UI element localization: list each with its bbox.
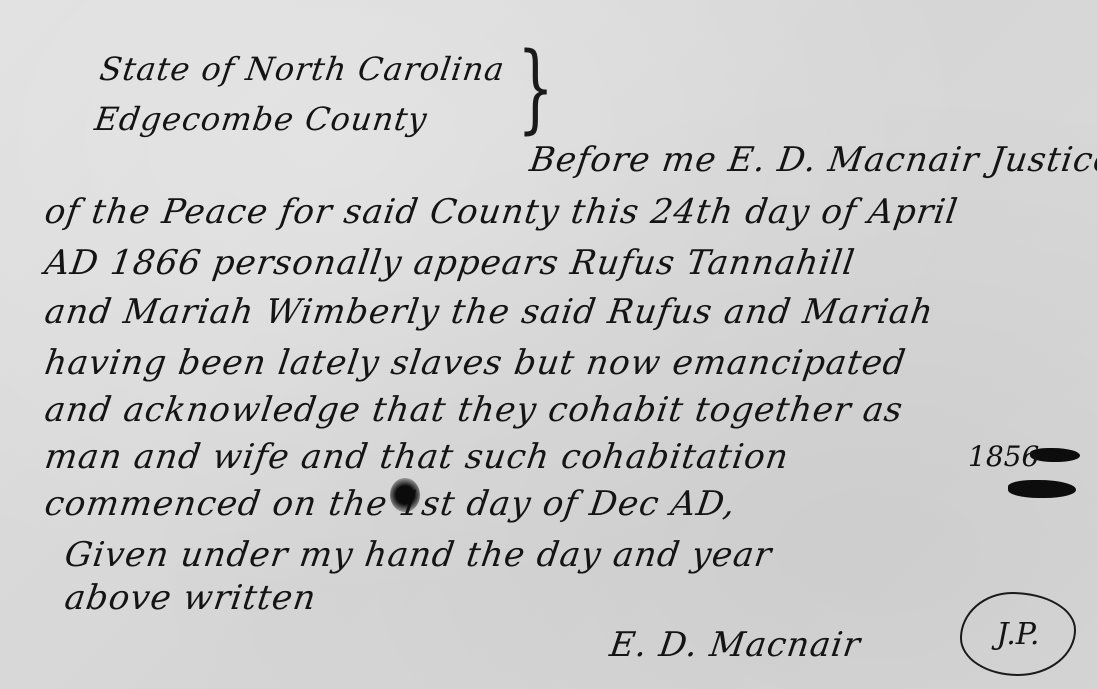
date-correction: 1856	[968, 440, 1039, 473]
document-page: State of North Carolina Edgecombe County…	[0, 0, 1097, 689]
body-line-9: Given under my hand the day and year	[62, 535, 774, 575]
body-line-2: of the Peace for said County this 24th d…	[42, 192, 960, 232]
heading-county: Edgecombe County	[92, 100, 430, 138]
seal-scroll: J.P.	[960, 592, 1076, 676]
heading-state: State of North Carolina	[97, 50, 507, 88]
ink-strikeout-year	[1008, 480, 1076, 498]
ink-blot	[390, 478, 420, 512]
body-line-10: above written	[62, 578, 319, 618]
body-line-6: and acknowledge that they cohabit togeth…	[42, 390, 905, 430]
signature: E. D. Macnair	[607, 625, 863, 665]
body-line-3: AD 1866 personally appears Rufus Tannahi…	[42, 243, 857, 283]
heading-brace: }	[517, 40, 554, 136]
body-line-4: and Mariah Wimberly the said Rufus and M…	[42, 292, 936, 332]
body-line-1: Before me E. D. Macnair Justice	[527, 140, 1097, 180]
seal-text: J.P.	[997, 617, 1040, 652]
body-line-5: having been lately slaves but now emanci…	[42, 343, 908, 383]
body-line-7: man and wife and that such cohabitation	[42, 437, 791, 477]
